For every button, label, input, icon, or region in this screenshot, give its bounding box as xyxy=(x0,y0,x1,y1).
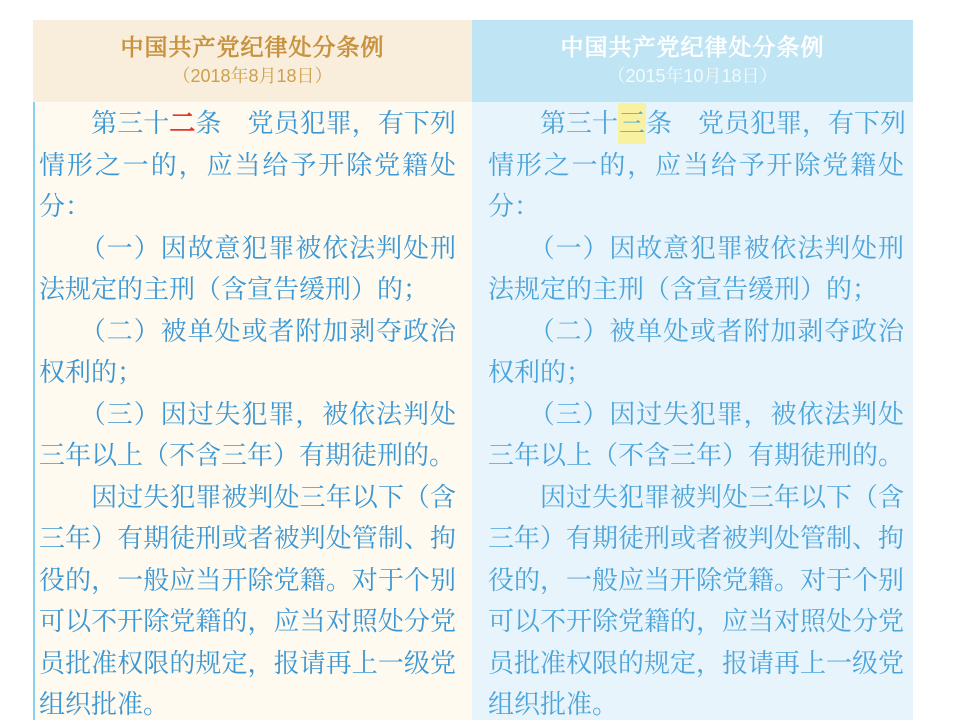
text-segment: 员批准权限的规定，报请再上一级党 xyxy=(39,648,456,678)
text-segment: （三）因过失犯罪，被依法判处 xyxy=(39,399,456,429)
text-line: （三）因过失犯罪，被依法判处 xyxy=(39,394,456,436)
text-segment: 法规定的主刑（含宣告缓刑）的； xyxy=(488,274,878,304)
text-segment: 三年以上（不含三年）有期徒刑的。 xyxy=(488,440,904,470)
text-segment: 三年以上（不含三年）有期徒刑的。 xyxy=(39,440,455,470)
text-segment: 组织批准。 xyxy=(488,689,618,719)
right-document-date: （2015年10月18日） xyxy=(607,67,777,87)
regulation-compare-page: 中国共产党纪律处分条例 （2018年8月18日） 第三十二条 党员犯罪，有下列情… xyxy=(0,0,960,720)
text-line: 组织批准。 xyxy=(39,684,456,720)
diff-changed-char: 二 xyxy=(169,108,195,138)
text-segment: 法规定的主刑（含宣告缓刑）的； xyxy=(39,274,429,304)
text-line: （一）因故意犯罪被依法判处刑 xyxy=(488,228,904,270)
text-line: 情形之一的，应当给予开除党籍处 xyxy=(39,145,456,187)
text-segment: 可以不开除党籍的，应当对照处分党 xyxy=(39,606,456,636)
text-segment: 员批准权限的规定，报请再上一级党 xyxy=(488,648,904,678)
column-2018-version: 中国共产党纪律处分条例 （2018年8月18日） 第三十二条 党员犯罪，有下列情… xyxy=(33,20,472,720)
text-line: （一）因故意犯罪被依法判处刑 xyxy=(39,228,456,270)
text-segment: 分： xyxy=(39,191,91,221)
text-line: 三年以上（不含三年）有期徒刑的。 xyxy=(488,435,904,477)
text-line: 可以不开除党籍的，应当对照处分党 xyxy=(39,601,456,643)
text-segment: 分： xyxy=(488,191,540,221)
left-document-date: （2018年8月18日） xyxy=(172,67,332,87)
text-segment: 三年）有期徒刑或者被判处管制、拘 xyxy=(488,523,904,553)
text-line: 可以不开除党籍的，应当对照处分党 xyxy=(488,601,904,643)
text-segment: 情形之一的，应当给予开除党籍处 xyxy=(488,150,904,180)
text-segment: 役的，一般应当开除党籍。对于个别 xyxy=(39,565,456,595)
text-segment: （一）因故意犯罪被依法判处刑 xyxy=(488,233,904,263)
text-segment: 因过失犯罪被判处三年以下（含 xyxy=(39,482,456,512)
text-segment: 第三十 xyxy=(39,108,169,138)
text-line: 员批准权限的规定，报请再上一级党 xyxy=(39,643,456,685)
text-line: 组织批准。 xyxy=(488,684,904,720)
left-document-body: 第三十二条 党员犯罪，有下列情形之一的，应当给予开除党籍处分： （一）因故意犯罪… xyxy=(33,102,472,720)
text-segment: 情形之一的，应当给予开除党籍处 xyxy=(39,150,456,180)
text-line: 权利的； xyxy=(39,352,456,394)
text-line: （二）被单处或者附加剥夺政治 xyxy=(488,311,904,353)
text-segment: （二）被单处或者附加剥夺政治 xyxy=(488,316,904,346)
text-line: 分： xyxy=(488,186,904,228)
left-version-header: 中国共产党纪律处分条例 （2018年8月18日） xyxy=(33,20,472,102)
text-line: 第三十三条 党员犯罪，有下列 xyxy=(488,103,904,145)
left-document-title: 中国共产党纪律处分条例 xyxy=(121,35,385,60)
text-segment: 条 党员犯罪，有下列 xyxy=(646,108,904,138)
text-segment: 役的，一般应当开除党籍。对于个别 xyxy=(488,565,904,595)
diff-highlighted-char: 三 xyxy=(618,103,646,144)
right-document-title: 中国共产党纪律处分条例 xyxy=(561,35,825,60)
text-segment: （三）因过失犯罪，被依法判处 xyxy=(488,399,904,429)
text-segment: 条 党员犯罪，有下列 xyxy=(195,108,456,138)
text-line: 三年以上（不含三年）有期徒刑的。 xyxy=(39,435,456,477)
text-segment: 权利的； xyxy=(488,357,592,387)
text-segment: 三年）有期徒刑或者被判处管制、拘 xyxy=(39,523,456,553)
text-segment: 权利的； xyxy=(39,357,143,387)
comparison-columns: 中国共产党纪律处分条例 （2018年8月18日） 第三十二条 党员犯罪，有下列情… xyxy=(33,20,913,720)
text-line: （三）因过失犯罪，被依法判处 xyxy=(488,394,904,436)
text-line: 役的，一般应当开除党籍。对于个别 xyxy=(39,560,456,602)
text-line: 第三十二条 党员犯罪，有下列 xyxy=(39,103,456,145)
text-line: 权利的； xyxy=(488,352,904,394)
text-line: 三年）有期徒刑或者被判处管制、拘 xyxy=(488,518,904,560)
right-document-body: 第三十三条 党员犯罪，有下列情形之一的，应当给予开除党籍处分： （一）因故意犯罪… xyxy=(472,102,913,720)
text-line: 因过失犯罪被判处三年以下（含 xyxy=(39,477,456,519)
text-segment: 第三十 xyxy=(488,108,618,138)
column-2015-version: 中国共产党纪律处分条例 （2015年10月18日） 第三十三条 党员犯罪，有下列… xyxy=(472,20,913,720)
text-line: 法规定的主刑（含宣告缓刑）的； xyxy=(39,269,456,311)
text-line: 分： xyxy=(39,186,456,228)
right-version-header: 中国共产党纪律处分条例 （2015年10月18日） xyxy=(472,20,913,102)
text-segment: 因过失犯罪被判处三年以下（含 xyxy=(488,482,904,512)
text-line: （二）被单处或者附加剥夺政治 xyxy=(39,311,456,353)
text-segment: （二）被单处或者附加剥夺政治 xyxy=(39,316,456,346)
text-line: 员批准权限的规定，报请再上一级党 xyxy=(488,643,904,685)
text-line: 三年）有期徒刑或者被判处管制、拘 xyxy=(39,518,456,560)
text-segment: 可以不开除党籍的，应当对照处分党 xyxy=(488,606,904,636)
text-line: 役的，一般应当开除党籍。对于个别 xyxy=(488,560,904,602)
text-line: 情形之一的，应当给予开除党籍处 xyxy=(488,145,904,187)
text-segment: （一）因故意犯罪被依法判处刑 xyxy=(39,233,456,263)
text-line: 法规定的主刑（含宣告缓刑）的； xyxy=(488,269,904,311)
text-line: 因过失犯罪被判处三年以下（含 xyxy=(488,477,904,519)
text-segment: 组织批准。 xyxy=(39,689,169,719)
